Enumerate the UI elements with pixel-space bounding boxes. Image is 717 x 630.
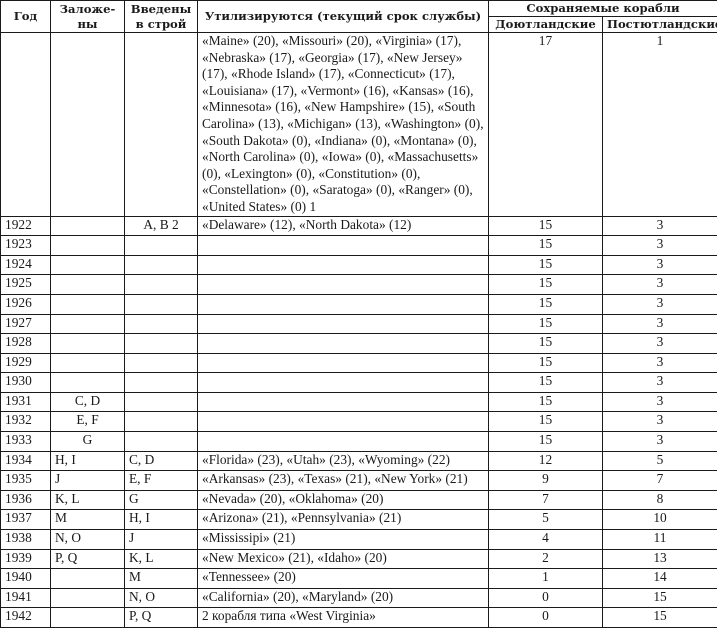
- table-row: 1940M«Tennessee» (20)114: [1, 569, 717, 589]
- cell-pre-jutland: 15: [489, 294, 603, 314]
- cell-year: 1929: [1, 353, 51, 373]
- cell-scrapped: «Tennessee» (20): [198, 569, 489, 589]
- cell-post-jutland: 3: [603, 373, 717, 393]
- cell-commissioned: [125, 255, 198, 275]
- cell-scrapped: [198, 294, 489, 314]
- cell-pre-jutland: 15: [489, 334, 603, 354]
- cell-scrapped: «New Mexico» (21), «Idaho» (20): [198, 549, 489, 569]
- cell-laid-down: [51, 588, 125, 608]
- cell-laid-down: M: [51, 510, 125, 530]
- cell-scrapped: «Arizona» (21), «Pennsylvania» (21): [198, 510, 489, 530]
- cell-year: 1938: [1, 530, 51, 550]
- cell-laid-down: [51, 33, 125, 217]
- cell-scrapped: [198, 412, 489, 432]
- cell-post-jutland: 3: [603, 294, 717, 314]
- cell-scrapped: [198, 373, 489, 393]
- cell-post-jutland: 3: [603, 216, 717, 236]
- cell-year: [1, 33, 51, 217]
- cell-laid-down: [51, 608, 125, 628]
- cell-pre-jutland: 15: [489, 255, 603, 275]
- header-commissioned: Введены в строй: [125, 1, 198, 33]
- cell-commissioned: G: [125, 490, 198, 510]
- cell-laid-down: K, L: [51, 490, 125, 510]
- cell-laid-down: [51, 373, 125, 393]
- table-row: 1937MH, I«Arizona» (21), «Pennsylvania» …: [1, 510, 717, 530]
- cell-pre-jutland: 0: [489, 608, 603, 628]
- table-row: 1936K, LG«Nevada» (20), «Oklahoma» (20)7…: [1, 490, 717, 510]
- table-header: Год Заложе-ны Введены в строй Утилизирую…: [1, 1, 717, 33]
- battleship-replacement-table: Год Заложе-ны Введены в строй Утилизирую…: [0, 0, 717, 628]
- table-row: 1942P, Q2 корабля типа «West Virginia»01…: [1, 608, 717, 628]
- table-row: 1927153: [1, 314, 717, 334]
- cell-post-jutland: 11: [603, 530, 717, 550]
- table-row: 1930153: [1, 373, 717, 393]
- cell-scrapped: «California» (20), «Maryland» (20): [198, 588, 489, 608]
- table-row: 1938N, OJ«Mississipi» (21)411: [1, 530, 717, 550]
- cell-commissioned: A, B 2: [125, 216, 198, 236]
- cell-commissioned: [125, 353, 198, 373]
- table-row: 1935JE, F«Arkansas» (23), «Texas» (21), …: [1, 471, 717, 491]
- cell-year: 1922: [1, 216, 51, 236]
- cell-laid-down: J: [51, 471, 125, 491]
- table-row: 1939P, QK, L«New Mexico» (21), «Idaho» (…: [1, 549, 717, 569]
- cell-commissioned: J: [125, 530, 198, 550]
- cell-commissioned: H, I: [125, 510, 198, 530]
- cell-laid-down: [51, 569, 125, 589]
- cell-post-jutland: 10: [603, 510, 717, 530]
- header-laid-down: Заложе-ны: [51, 1, 125, 33]
- cell-pre-jutland: 5: [489, 510, 603, 530]
- cell-scrapped: [198, 255, 489, 275]
- cell-commissioned: E, F: [125, 471, 198, 491]
- cell-post-jutland: 13: [603, 549, 717, 569]
- header-year: Год: [1, 1, 51, 33]
- table-row: 1934H, IC, D«Florida» (23), «Utah» (23),…: [1, 451, 717, 471]
- cell-pre-jutland: 15: [489, 216, 603, 236]
- cell-pre-jutland: 1: [489, 569, 603, 589]
- cell-year: 1923: [1, 236, 51, 256]
- cell-commissioned: P, Q: [125, 608, 198, 628]
- cell-commissioned: [125, 275, 198, 295]
- header-pre-jutland: Доютландские: [489, 17, 603, 33]
- cell-scrapped: «Arkansas» (23), «Texas» (21), «New York…: [198, 471, 489, 491]
- cell-post-jutland: 7: [603, 471, 717, 491]
- cell-laid-down: [51, 216, 125, 236]
- cell-commissioned: [125, 334, 198, 354]
- cell-year: 1936: [1, 490, 51, 510]
- table-row: 1923153: [1, 236, 717, 256]
- cell-post-jutland: 3: [603, 432, 717, 452]
- table-row: 1933G153: [1, 432, 717, 452]
- cell-year: 1925: [1, 275, 51, 295]
- cell-post-jutland: 3: [603, 236, 717, 256]
- cell-pre-jutland: 15: [489, 314, 603, 334]
- cell-commissioned: [125, 412, 198, 432]
- cell-scrapped: [198, 432, 489, 452]
- cell-pre-jutland: 17: [489, 33, 603, 217]
- cell-pre-jutland: 15: [489, 353, 603, 373]
- cell-commissioned: [125, 314, 198, 334]
- cell-commissioned: C, D: [125, 451, 198, 471]
- cell-year: 1935: [1, 471, 51, 491]
- cell-year: 1926: [1, 294, 51, 314]
- cell-year: 1937: [1, 510, 51, 530]
- cell-post-jutland: 3: [603, 353, 717, 373]
- cell-laid-down: P, Q: [51, 549, 125, 569]
- cell-scrapped: [198, 392, 489, 412]
- cell-post-jutland: 1: [603, 33, 717, 217]
- cell-scrapped: [198, 314, 489, 334]
- cell-pre-jutland: 4: [489, 530, 603, 550]
- cell-scrapped: «Nevada» (20), «Oklahoma» (20): [198, 490, 489, 510]
- cell-commissioned: [125, 294, 198, 314]
- cell-scrapped: «Mississipi» (21): [198, 530, 489, 550]
- cell-laid-down: [51, 236, 125, 256]
- table-row: 1925153: [1, 275, 717, 295]
- cell-year: 1931: [1, 392, 51, 412]
- cell-pre-jutland: 15: [489, 392, 603, 412]
- cell-laid-down: [51, 255, 125, 275]
- cell-scrapped: [198, 334, 489, 354]
- cell-commissioned: [125, 432, 198, 452]
- cell-scrapped: «Delaware» (12), «North Dakota» (12): [198, 216, 489, 236]
- cell-pre-jutland: 9: [489, 471, 603, 491]
- cell-laid-down: H, I: [51, 451, 125, 471]
- cell-post-jutland: 3: [603, 275, 717, 295]
- cell-laid-down: [51, 353, 125, 373]
- table-row: 1931C, D153: [1, 392, 717, 412]
- cell-year: 1939: [1, 549, 51, 569]
- cell-laid-down: [51, 334, 125, 354]
- cell-year: 1942: [1, 608, 51, 628]
- table-row: 1926153: [1, 294, 717, 314]
- cell-year: 1934: [1, 451, 51, 471]
- cell-laid-down: G: [51, 432, 125, 452]
- cell-pre-jutland: 15: [489, 236, 603, 256]
- table-row: 1929153: [1, 353, 717, 373]
- cell-year: 1941: [1, 588, 51, 608]
- cell-laid-down: N, O: [51, 530, 125, 550]
- cell-post-jutland: 14: [603, 569, 717, 589]
- cell-scrapped: [198, 236, 489, 256]
- cell-year: 1930: [1, 373, 51, 393]
- cell-pre-jutland: 15: [489, 275, 603, 295]
- cell-pre-jutland: 7: [489, 490, 603, 510]
- cell-year: 1933: [1, 432, 51, 452]
- header-post-jutland: Постютландские: [603, 17, 717, 33]
- cell-pre-jutland: 2: [489, 549, 603, 569]
- cell-commissioned: N, O: [125, 588, 198, 608]
- cell-scrapped: 2 корабля типа «West Virginia»: [198, 608, 489, 628]
- cell-scrapped: «Florida» (23), «Utah» (23), «Wyoming» (…: [198, 451, 489, 471]
- cell-commissioned: M: [125, 569, 198, 589]
- cell-commissioned: [125, 392, 198, 412]
- cell-pre-jutland: 0: [489, 588, 603, 608]
- cell-laid-down: E, F: [51, 412, 125, 432]
- cell-pre-jutland: 15: [489, 412, 603, 432]
- header-scrapped: Утилизируются (текущий срок службы): [198, 1, 489, 33]
- cell-laid-down: [51, 314, 125, 334]
- cell-laid-down: [51, 294, 125, 314]
- cell-pre-jutland: 12: [489, 451, 603, 471]
- table-row: 1922A, B 2«Delaware» (12), «North Dakota…: [1, 216, 717, 236]
- table-body: «Maine» (20), «Missouri» (20), «Virginia…: [1, 33, 717, 628]
- cell-post-jutland: 15: [603, 608, 717, 628]
- cell-year: 1940: [1, 569, 51, 589]
- cell-post-jutland: 3: [603, 314, 717, 334]
- cell-post-jutland: 3: [603, 334, 717, 354]
- table-row: 1928153: [1, 334, 717, 354]
- cell-pre-jutland: 15: [489, 373, 603, 393]
- cell-post-jutland: 3: [603, 255, 717, 275]
- table-row: 1924153: [1, 255, 717, 275]
- cell-scrapped: [198, 353, 489, 373]
- cell-year: 1932: [1, 412, 51, 432]
- cell-scrapped: «Maine» (20), «Missouri» (20), «Virginia…: [198, 33, 489, 217]
- cell-commissioned: [125, 236, 198, 256]
- table-row: «Maine» (20), «Missouri» (20), «Virginia…: [1, 33, 717, 217]
- cell-post-jutland: 8: [603, 490, 717, 510]
- cell-laid-down: [51, 275, 125, 295]
- cell-pre-jutland: 15: [489, 432, 603, 452]
- header-retained-ships: Сохраняемые корабли: [489, 1, 717, 17]
- cell-year: 1928: [1, 334, 51, 354]
- cell-post-jutland: 15: [603, 588, 717, 608]
- cell-laid-down: C, D: [51, 392, 125, 412]
- cell-commissioned: K, L: [125, 549, 198, 569]
- cell-scrapped: [198, 275, 489, 295]
- cell-commissioned: [125, 373, 198, 393]
- cell-year: 1927: [1, 314, 51, 334]
- cell-post-jutland: 5: [603, 451, 717, 471]
- table-row: 1932E, F153: [1, 412, 717, 432]
- cell-commissioned: [125, 33, 198, 217]
- table-row: 1941N, O«California» (20), «Maryland» (2…: [1, 588, 717, 608]
- cell-post-jutland: 3: [603, 412, 717, 432]
- cell-post-jutland: 3: [603, 392, 717, 412]
- cell-year: 1924: [1, 255, 51, 275]
